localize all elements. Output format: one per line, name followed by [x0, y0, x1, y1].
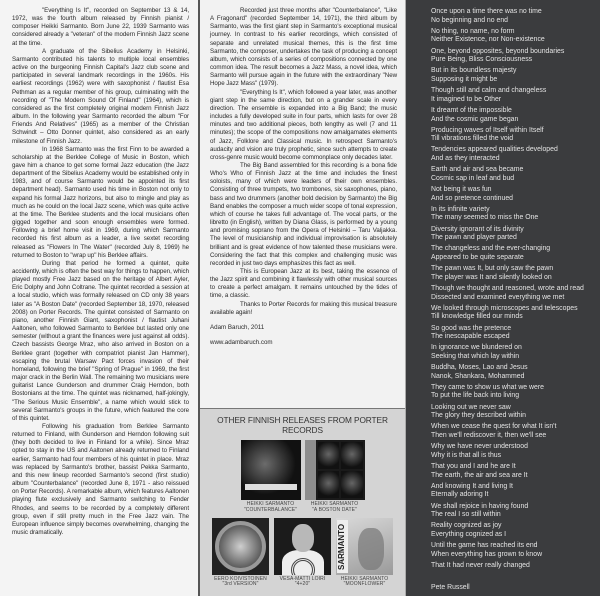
poem-line: The changeless and the ever-changing [431, 245, 590, 254]
poem-stanza: It dreamt of the impossibleAnd the cosmi… [431, 107, 590, 124]
poem-stanza: Though we thought and reasoned, wrote an… [431, 285, 590, 302]
poem-line: Seeking that which lay within [431, 353, 590, 362]
release-title: "4+20" [280, 582, 326, 588]
poem-line: Dissected and examined everything we met [431, 294, 590, 303]
poem-line: No thing, no name, no form [431, 28, 590, 37]
poem-line: Diversity ignorant of its divinity [431, 226, 590, 235]
release-title: "COUNTERBALANCE" [244, 508, 297, 514]
paragraph: Recorded just three months after "Counte… [210, 7, 397, 89]
poem-stanza: Though still and calm and changelessIt i… [431, 87, 590, 104]
author-website: www.adambaruch.com [210, 339, 397, 347]
releases-row: EERO KOIVISTOINEN "3rd VERSION" VESA-MAT… [200, 518, 405, 589]
poem-line: And as they interacted [431, 155, 590, 164]
poem-line: The inescapable escaped [431, 333, 590, 342]
releases-row: HEIKKI SARMANTO "COUNTERBALANCE" HEIKKI … [200, 440, 405, 514]
poem-line: The glory they described within [431, 412, 590, 421]
poem-stanza: Reality cognized as joyEverything cogniz… [431, 522, 590, 539]
cover-spine-text: SARMANTO [337, 520, 348, 573]
poem-stanza: So good was the pretenceThe inescapable … [431, 325, 590, 342]
paragraph: Following his graduation from Berklee Sa… [12, 423, 189, 537]
poem: Once upon a time there was no timeNo beg… [431, 8, 590, 570]
poem-stanza: One, beyond opposites, beyond boundaries… [431, 48, 590, 65]
release-4-20: VESA-MATTI LOIRI "4+20" [274, 518, 331, 589]
album-cover-image [241, 440, 301, 500]
poem-stanza: When we cease the quest for what It isn'… [431, 423, 590, 440]
poem-stanza: In its infinite varietyThe many seemed t… [431, 206, 590, 223]
paragraph: This is European Jazz at its best, takin… [210, 268, 397, 301]
release-title: "MOONFLOWER" [341, 582, 389, 588]
poem-author: Pete Russell [431, 584, 590, 591]
poem-stanza: We looked through microscopes and telesc… [431, 305, 590, 322]
poem-panel: Once upon a time there was no timeNo beg… [406, 0, 600, 596]
poem-line: Why we have never understood [431, 443, 590, 452]
poem-line: That It had never really changed [431, 562, 590, 571]
poem-stanza: Until the game has reached its endWhen e… [431, 542, 590, 559]
poem-line: When we cease the quest for what It isn'… [431, 423, 590, 432]
poem-line: One, beyond opposites, beyond boundaries [431, 48, 590, 57]
album-cover-image [274, 518, 331, 575]
poem-line: Not being it was fun [431, 186, 590, 195]
paragraph: During that period he formed a quintet, … [12, 260, 189, 423]
poem-line: Producing waves of Itself within Itself [431, 127, 590, 136]
poem-line: In its infinite variety [431, 206, 590, 215]
poem-line: Neither Existence, nor Non-existence [431, 36, 590, 45]
poem-line: Looking out we never saw [431, 404, 590, 413]
poem-line: So good was the pretence [431, 325, 590, 334]
poem-line: It dreamt of the impossible [431, 107, 590, 116]
poem-line: And knowing It and living It [431, 483, 590, 492]
poem-stanza: And knowing It and living ItEternally ad… [431, 483, 590, 500]
release-title: "3rd VERSION" [214, 582, 267, 588]
poem-line: The many seemed to miss the One [431, 214, 590, 223]
poem-stanza: Producing waves of Itself within ItselfT… [431, 127, 590, 144]
poem-line: In ignorance we blundered on [431, 344, 590, 353]
paragraph: A graduate of the Sibelius Academy in He… [12, 48, 189, 146]
poem-line: And so pretence continued [431, 195, 590, 204]
poem-stanza: Earth and air and sea becameCosmic sap i… [431, 166, 590, 183]
poem-line: Till vibrations filled the void [431, 135, 590, 144]
paragraph: In 1968 Sarmanto was the first Finn to b… [12, 146, 189, 260]
release-title: "A BOSTON DATE" [311, 508, 359, 514]
poem-line: Till knowledge filled our minds [431, 313, 590, 322]
poem-stanza: But in its boundless majestySupposing it… [431, 67, 590, 84]
release-counterbalance: HEIKKI SARMANTO "COUNTERBALANCE" [241, 440, 301, 514]
poem-line: Reality cognized as joy [431, 522, 590, 531]
poem-line: Eternally adoring It [431, 491, 590, 500]
poem-line: We looked through microscopes and telesc… [431, 305, 590, 314]
liner-notes-column-2: Recorded just three months after "Counte… [200, 0, 406, 596]
poem-line: Though we thought and reasoned, wrote an… [431, 285, 590, 294]
poem-line: Appeared to be quite separate [431, 254, 590, 263]
poem-stanza: Not being it was funAnd so pretence cont… [431, 186, 590, 203]
poem-line: Tendencies appeared qualities developed [431, 146, 590, 155]
poem-line: Until the game has reached its end [431, 542, 590, 551]
poem-line: Then we'll rediscover it, then we'll see [431, 432, 590, 441]
author-signature: Adam Baruch, 2011 [210, 324, 397, 332]
release-3rd-version: EERO KOIVISTOINEN "3rd VERSION" [212, 518, 269, 589]
poem-line: Earth and air and sea became [431, 166, 590, 175]
poem-stanza: The pawn was It, but only saw the pawnTh… [431, 265, 590, 282]
poem-stanza: We shall rejoice in having foundThe real… [431, 503, 590, 520]
liner-notes-column-1: "Everything Is It", recorded on Septembe… [0, 0, 200, 596]
other-releases-panel: OTHER FINNISH RELEASES FROM PORTER RECOR… [200, 408, 405, 596]
release-moonflower: SARMANTO HEIKKI SARMANTO "MOONFLOWER" [336, 518, 393, 589]
poem-line: But in its boundless majesty [431, 67, 590, 76]
paragraph: The Big Band assembled for this recordin… [210, 162, 397, 268]
poem-line: Though still and calm and changeless [431, 87, 590, 96]
poem-stanza: In ignorance we blundered onSeeking that… [431, 344, 590, 361]
poem-stanza: Diversity ignorant of its divinityThe pa… [431, 226, 590, 243]
poem-stanza: No thing, no name, no formNeither Existe… [431, 28, 590, 45]
poem-stanza: Looking out we never sawThe glory they d… [431, 404, 590, 421]
paragraph: "Everything Is It", recorded on Septembe… [12, 7, 189, 48]
poem-stanza: Buddha, Moses, Lao and JesusNanok, Shank… [431, 364, 590, 381]
poem-line: We shall rejoice in having found [431, 503, 590, 512]
poem-line: That you and I and he are It [431, 463, 590, 472]
poem-line: Nanok, Shankara, Mohammed [431, 373, 590, 382]
poem-stanza: That It had never really changed [431, 562, 590, 571]
poem-stanza: Once upon a time there was no timeNo beg… [431, 8, 590, 25]
poem-stanza: The changeless and the ever-changingAppe… [431, 245, 590, 262]
poem-stanza: Why we have never understoodWhy it is th… [431, 443, 590, 460]
paragraph: "Everything Is It", which followed a yea… [210, 89, 397, 162]
paragraph: Thanks to Porter Records for making this… [210, 301, 397, 317]
poem-line: Pure Being, Bliss Consciousness [431, 56, 590, 65]
poem-line: The player was It and silently looked on [431, 274, 590, 283]
poem-line: Cosmic sap in leaf and bud [431, 175, 590, 184]
poem-line: And the cosmic game began [431, 116, 590, 125]
poem-stanza: Tendencies appeared qualities developedA… [431, 146, 590, 163]
poem-stanza: They came to show us what we wereTo put … [431, 384, 590, 401]
release-a-boston-date: HEIKKI SARMANTO "A BOSTON DATE" [305, 440, 365, 514]
poem-line: The pawn and player parted [431, 234, 590, 243]
other-releases-heading: OTHER FINNISH RELEASES FROM PORTER RECOR… [200, 409, 405, 435]
poem-line: It imagined to be Other [431, 96, 590, 105]
poem-line: The pawn was It, but only saw the pawn [431, 265, 590, 274]
poem-line: When everything has grown to know [431, 551, 590, 560]
poem-line: The earth, the air and sea are It [431, 472, 590, 481]
poem-line: To put the life back into living [431, 392, 590, 401]
poem-line: They came to show us what we were [431, 384, 590, 393]
poem-line: Why it is that all is thus [431, 452, 590, 461]
liner-notes-spread: "Everything Is It", recorded on Septembe… [0, 0, 600, 596]
poem-line: Buddha, Moses, Lao and Jesus [431, 364, 590, 373]
album-cover-image: SARMANTO [336, 518, 393, 575]
poem-line: No beginning and no end [431, 17, 590, 26]
poem-line: Everything cognized as I [431, 531, 590, 540]
album-cover-image [305, 440, 365, 500]
poem-line: Supposing it might be [431, 76, 590, 85]
poem-line: The real I so still within [431, 511, 590, 520]
poem-stanza: That you and I and he are ItThe earth, t… [431, 463, 590, 480]
poem-line: Once upon a time there was no time [431, 8, 590, 17]
album-cover-image [212, 518, 269, 575]
